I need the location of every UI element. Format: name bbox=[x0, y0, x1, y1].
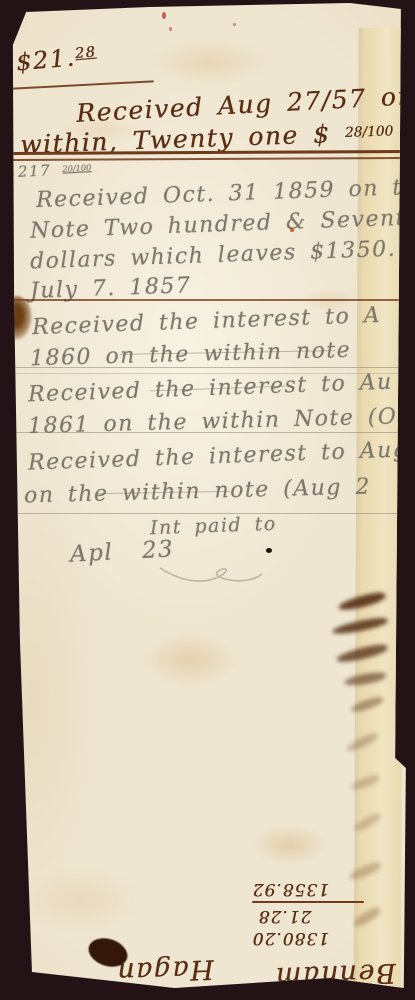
note-paper: $21.28 Received Aug 27/57 on within, Twe… bbox=[0, 0, 415, 1000]
receipt-1859-line3: dollars which leaves $1350. bbox=[30, 239, 397, 274]
amount-annotation: $21.28 bbox=[15, 44, 98, 75]
signature-first-name: Benham bbox=[274, 959, 396, 990]
interest-1861-line2: 1861 on the within Note (Oc bbox=[28, 406, 412, 438]
calc-sum-line bbox=[252, 901, 364, 903]
amount-cents-superscript: 28 bbox=[74, 44, 97, 62]
section-rule-3 bbox=[14, 432, 402, 433]
upside-down-endorsement: Benham Hagan 1380.20 21.28 1358.92 bbox=[55, 860, 400, 990]
amount-underline bbox=[12, 80, 154, 89]
settlement-rule-top bbox=[13, 150, 403, 155]
section-rule-1 bbox=[13, 299, 403, 301]
calc-subtrahend: 21.28 bbox=[258, 907, 312, 924]
pencil-flourish bbox=[150, 560, 270, 600]
calc-top-number: 1380.20 bbox=[252, 929, 329, 946]
right-fold-strip bbox=[353, 28, 405, 988]
signature-last-name: Hagan bbox=[116, 955, 215, 985]
int-paid-memo: Int paid to bbox=[150, 515, 277, 538]
pencil-balance-main: 217 bbox=[18, 161, 52, 181]
subtraction-column: 1380.20 21.28 1358.92 bbox=[252, 866, 392, 946]
amount-main: $21. bbox=[15, 43, 77, 76]
settlement-rule-bottom bbox=[13, 157, 403, 161]
calc-result: 1358.92 bbox=[252, 880, 329, 897]
pencil-balance: 217 20/100 bbox=[18, 161, 92, 180]
interest-1860-line2: 1860 on the within note bbox=[30, 340, 352, 370]
scanned-document-photo: $21.28 Received Aug 27/57 on within, Twe… bbox=[0, 0, 415, 1000]
cents-fraction: 28/100 bbox=[345, 123, 394, 141]
red-speck-2 bbox=[169, 27, 172, 31]
dollars-abbrev: D bbox=[407, 116, 415, 146]
dark-speck bbox=[266, 548, 272, 553]
section-rule-2 bbox=[14, 367, 402, 368]
section-rule-4 bbox=[14, 513, 402, 514]
red-speck-1 bbox=[162, 12, 166, 19]
edge-stain bbox=[2, 296, 32, 340]
pencil-balance-fraction: 20/100 bbox=[62, 162, 92, 174]
pink-speck bbox=[400, 296, 404, 303]
red-speck-3 bbox=[233, 23, 236, 26]
interest-aug-line1: Received the interest to Aug bbox=[28, 439, 409, 474]
interest-1860-line1: Received the interest to A bbox=[32, 305, 382, 339]
